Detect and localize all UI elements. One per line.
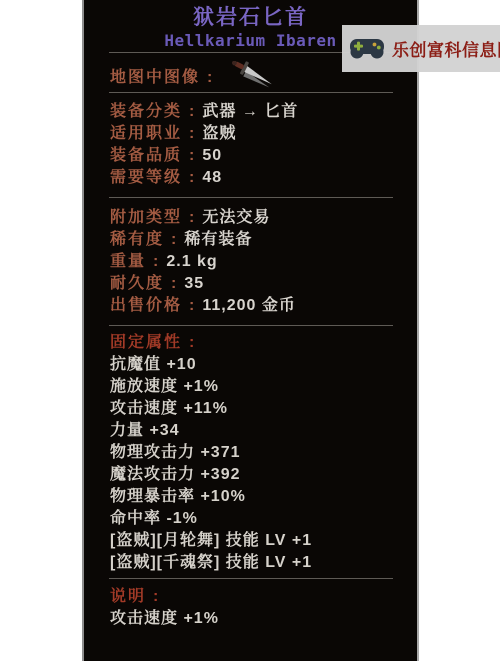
row-value: 48 (202, 169, 222, 186)
separator-colon: : (207, 67, 213, 89)
row-label: 装备品质 (110, 147, 182, 164)
separator-colon: : (189, 103, 195, 120)
separator-colon: : (189, 334, 195, 351)
row-value: 无法交易 (202, 209, 270, 226)
row-value: 盗贼 (202, 125, 236, 142)
watermark-label: 乐创富科信息网 (392, 36, 500, 61)
row-label: 需要等级 (110, 169, 182, 186)
info-row: 装备品质:50 (84, 145, 417, 167)
row-label: 稀有度 (110, 231, 164, 248)
row-value: 2.1 kg (166, 253, 217, 270)
separator-colon: : (153, 588, 159, 605)
attribute-line: 物理暴击率 +10% (84, 486, 417, 508)
separator-colon: : (189, 147, 195, 164)
attribute-line: 力量 +34 (84, 420, 417, 442)
info-row: 稀有度:稀有装备 (84, 229, 417, 251)
dagger-icon (230, 61, 278, 96)
description-line: 攻击速度 +1% (84, 608, 417, 630)
attribute-line: 物理攻击力 +371 (84, 442, 417, 464)
item-tooltip-panel: 狱岩石匕首 Hellkarium Ibaren 地图中图像 : 装备分类:武器 … (82, 0, 419, 661)
separator-colon: : (189, 297, 195, 314)
info-row: 附加类型:无法交易 (84, 207, 417, 229)
info-row: 出售价格:11,200 金币 (84, 295, 417, 317)
row-value: 50 (202, 147, 222, 164)
info-row: 装备分类:武器 → 匕首 (84, 101, 417, 123)
row-label: 重量 (110, 253, 146, 270)
attribute-line: 攻击速度 +11% (84, 398, 417, 420)
map-image-label: 地图中图像 (110, 67, 200, 89)
row-label: 适用职业 (110, 125, 182, 142)
fixed-attributes-header: 固定属性: (84, 332, 417, 354)
attribute-line: 魔法攻击力 +392 (84, 464, 417, 486)
detail-info-section: 附加类型:无法交易 稀有度:稀有装备 重量:2.1 kg 耐久度:35 出售价格… (84, 198, 417, 325)
attribute-line: 施放速度 +1% (84, 376, 417, 398)
description-section: 说明: 攻击速度 +1% (84, 579, 417, 630)
row-label: 装备分类 (110, 103, 182, 120)
basic-info-section: 装备分类:武器 → 匕首 适用职业:盗贼 装备品质:50 需要等级:48 (84, 93, 417, 197)
row-label: 出售价格 (110, 297, 182, 314)
separator-colon: : (189, 209, 195, 226)
separator-colon: : (153, 253, 159, 270)
separator-colon: : (171, 231, 177, 248)
description-header: 说明: (84, 586, 417, 608)
info-row: 需要等级:48 (84, 167, 417, 189)
watermark-badge: 乐创富科信息网 (342, 25, 500, 72)
row-label: 耐久度 (110, 275, 164, 292)
row-value: 35 (184, 275, 204, 292)
row-value: 稀有装备 (184, 231, 252, 248)
row-value: 武器 → 匕首 (202, 103, 298, 120)
info-row: 耐久度:35 (84, 273, 417, 295)
row-value: 11,200 金币 (202, 297, 296, 314)
row-label: 附加类型 (110, 209, 182, 226)
info-row: 重量:2.1 kg (84, 251, 417, 273)
attribute-line: [盗贼][千魂祭] 技能 LV +1 (84, 552, 417, 574)
attribute-line: [盗贼][月轮舞] 技能 LV +1 (84, 530, 417, 552)
gamepad-icon (347, 31, 387, 66)
separator-colon: : (171, 275, 177, 292)
separator-colon: : (189, 169, 195, 186)
attribute-line: 抗魔值 +10 (84, 354, 417, 376)
attribute-line: 命中率 -1% (84, 508, 417, 530)
separator-colon: : (189, 125, 195, 142)
info-row: 适用职业:盗贼 (84, 123, 417, 145)
fixed-attributes-section: 固定属性: 抗魔值 +10 施放速度 +1% 攻击速度 +11% 力量 +34 … (84, 326, 417, 578)
